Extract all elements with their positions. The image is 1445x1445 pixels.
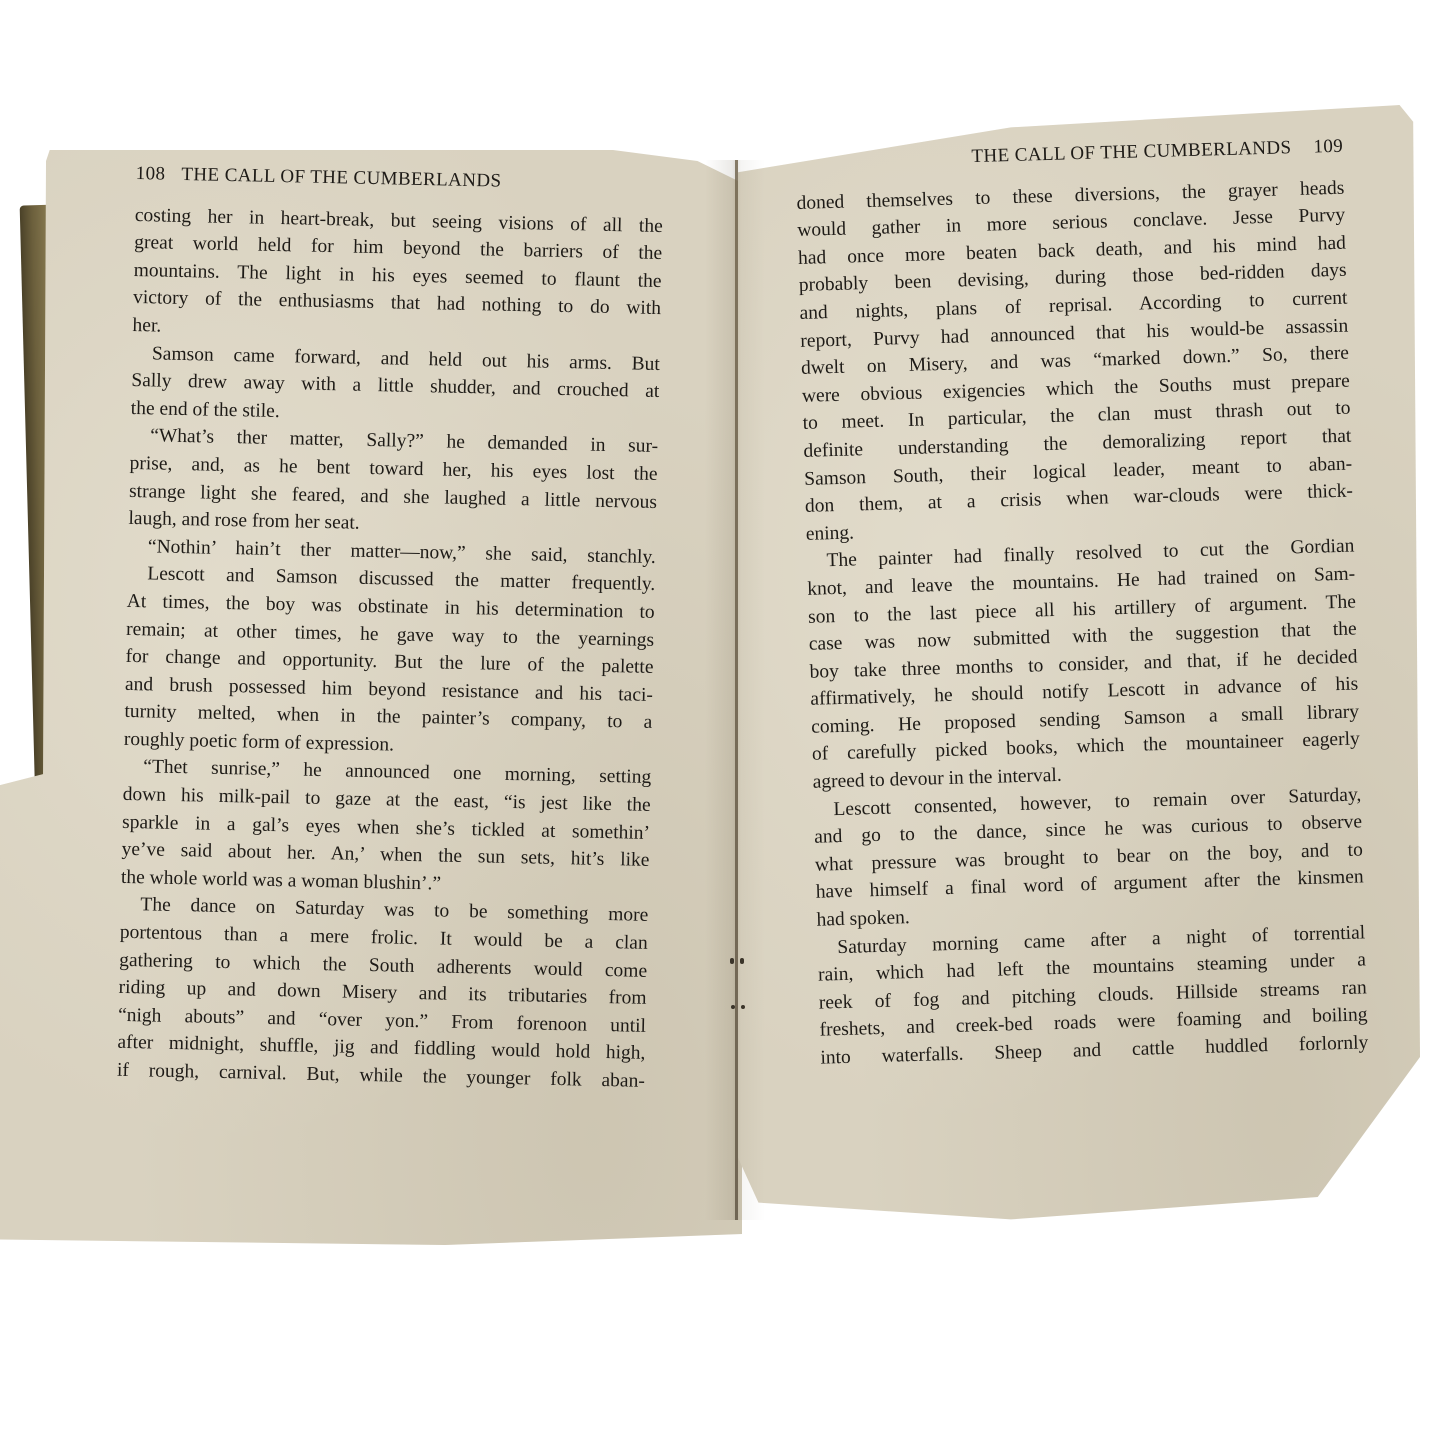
binding-thread-mark	[731, 1005, 735, 1009]
binding-thread-mark	[730, 958, 734, 964]
running-head-title: THE CALL OF THE CUMBERLANDS	[181, 161, 502, 195]
binding-thread-mark	[741, 1005, 745, 1009]
right-page-text: THE CALL OF THE CUMBERLANDS 109 doned th…	[795, 133, 1369, 1073]
page-number: 108	[135, 160, 165, 188]
left-page-body: costing her in heart-break, but seeing v…	[117, 202, 663, 1096]
left-page-text: 108 THE CALL OF THE CUMBERLANDS costing …	[117, 160, 664, 1095]
right-page-body: doned themselves to these diversions, th…	[796, 174, 1368, 1072]
binding-thread-mark	[740, 958, 744, 964]
book-spine-gutter	[735, 160, 738, 1220]
page-number: 109	[1313, 133, 1343, 161]
